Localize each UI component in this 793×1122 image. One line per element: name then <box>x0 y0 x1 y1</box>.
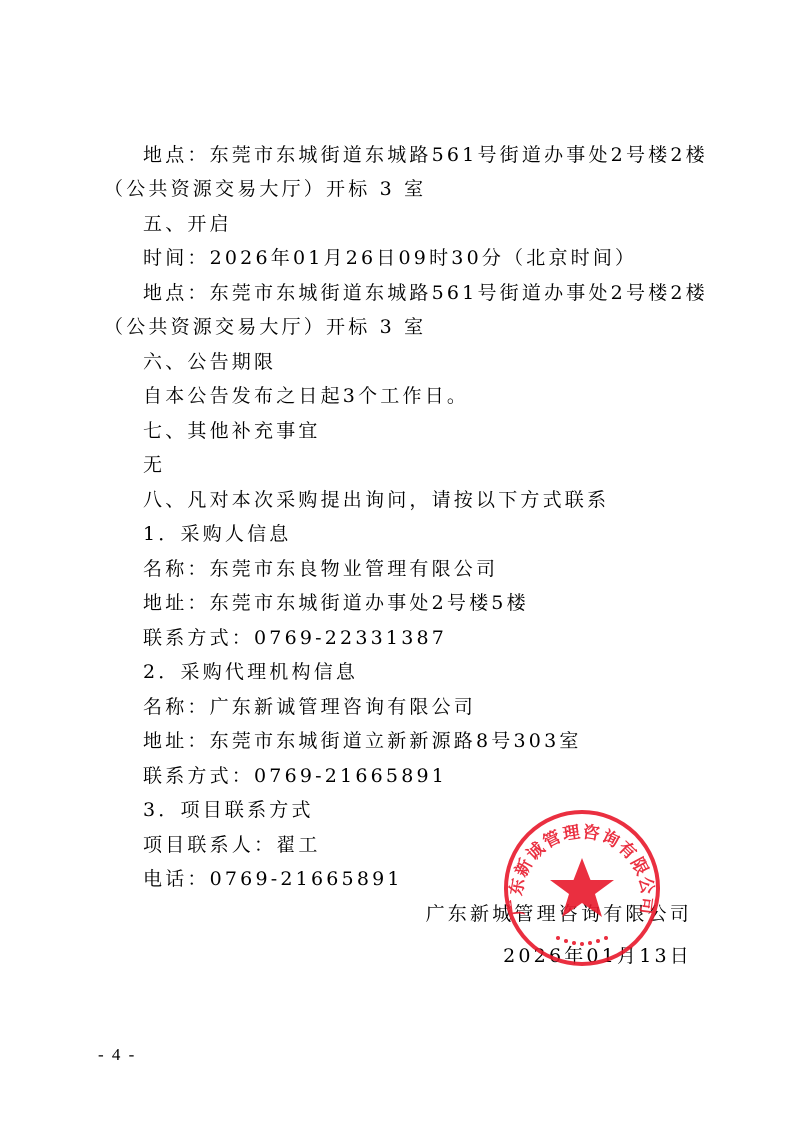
purchaser-contact: 联系方式：0769-22331387 <box>143 626 447 650</box>
purchaser-name: 名称：东莞市东良物业管理有限公司 <box>143 557 498 581</box>
project-contact-person: 项目联系人：翟工 <box>143 833 321 857</box>
document-body: 地点：东莞市东城街道东城路561号街道办事处2号楼2楼 （公共资源交易大厅）开标… <box>0 0 793 1122</box>
page-number: - 4 - <box>98 1045 136 1065</box>
section-heading-contact: 八、凡对本次采购提出询问，请按以下方式联系 <box>143 488 609 512</box>
other-matters-text: 无 <box>143 453 165 477</box>
signature-date: 2026年01月13日 <box>503 944 692 968</box>
opening-time: 时间：2026年01月26日09时30分（北京时间） <box>143 246 637 270</box>
notice-period-text: 自本公告发布之日起3个工作日。 <box>143 384 469 408</box>
bid-location-line-1: 地点：东莞市东城街道东城路561号街道办事处2号楼2楼 <box>143 143 708 167</box>
bid-location-line-2: （公共资源交易大厅）开标 3 室 <box>104 177 426 201</box>
agency-name: 名称：广东新诚管理咨询有限公司 <box>143 695 476 719</box>
opening-location-line-2: （公共资源交易大厅）开标 3 室 <box>104 315 426 339</box>
signature-company: 广东新城管理咨询有限公司 <box>426 902 692 926</box>
project-contact-phone: 电话：0769-21665891 <box>143 867 403 891</box>
agency-contact: 联系方式：0769-21665891 <box>143 764 447 788</box>
section-heading-other-matters: 七、其他补充事宜 <box>143 419 321 443</box>
section-heading-notice-period: 六、公告期限 <box>143 350 276 374</box>
purchaser-info-heading: 1．采购人信息 <box>143 522 292 546</box>
agency-info-heading: 2．采购代理机构信息 <box>143 660 358 684</box>
project-contact-heading: 3．项目联系方式 <box>143 798 314 822</box>
purchaser-address: 地址：东莞市东城街道办事处2号楼5楼 <box>143 591 529 615</box>
document-page: 地点：东莞市东城街道东城路561号街道办事处2号楼2楼 （公共资源交易大厅）开标… <box>0 0 793 1122</box>
section-heading-opening: 五、开启 <box>143 212 232 236</box>
agency-address: 地址：东莞市东城街道立新新源路8号303室 <box>143 729 582 753</box>
opening-location-line-1: 地点：东莞市东城街道东城路561号街道办事处2号楼2楼 <box>143 281 708 305</box>
